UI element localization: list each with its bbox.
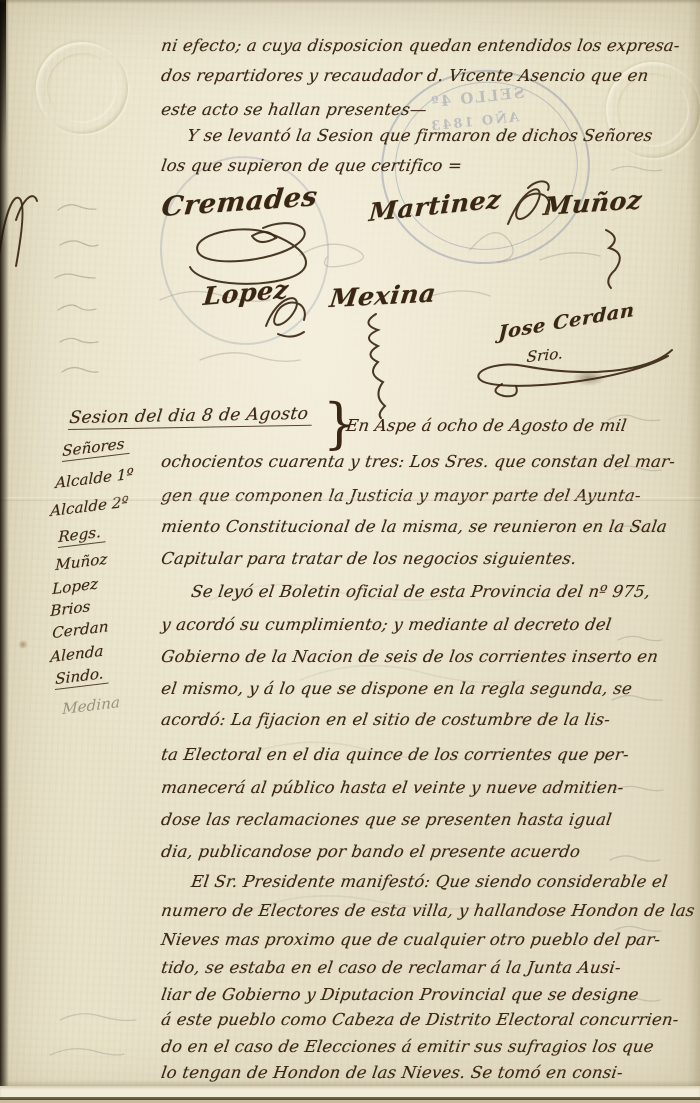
margin-name-lopez: Lopez — [52, 575, 98, 598]
body-line: manecerá al público hasta el veinte y nu… — [160, 778, 625, 797]
session-heading: Sesion del dia 8 de Agosto — [68, 404, 315, 430]
body-line: ta Electoral en el dia quince de los cor… — [160, 745, 630, 764]
body-line: En Aspe á ocho de Agosto de mil — [345, 416, 628, 435]
signature-mexina: Mexina — [328, 279, 438, 313]
embossed-seal-left — [36, 42, 128, 134]
prev-session-line: los que supieron de que certifico = — [160, 156, 463, 175]
manuscript-page: SELLO 4º AÑO 1843 ni efecto; a — [0, 0, 700, 1103]
paper-stain — [18, 640, 28, 649]
binding-edge-shadow — [0, 0, 9, 1103]
body-line: ochocientos cuarenta y tres: Los Sres. q… — [160, 452, 676, 471]
body-line: Nieves mas proximo que de cualquier otro… — [160, 930, 662, 949]
body-line: El Sr. Presidente manifestó: Que siendo … — [190, 872, 669, 891]
top-edge-shadow — [0, 0, 700, 4]
margin-name-brios: Brios — [50, 597, 90, 620]
margin-header-senores: Señores — [62, 434, 130, 462]
body-line: tido, se estaba en el caso de reclamar á… — [160, 958, 622, 977]
binding-top-shadow — [0, 0, 6, 150]
body-line: dose las reclamaciones que se presenten … — [160, 810, 613, 829]
body-line: acordó: La fijacion en el sitio de costu… — [160, 710, 611, 729]
body-line: Capitular para tratar de los negocios si… — [160, 549, 578, 568]
body-line: dia, publicandose por bando el presente … — [160, 842, 581, 861]
page-bottom-edge — [0, 1086, 700, 1097]
prev-session-line: Y se levantó la Sesion que firmaron de d… — [186, 126, 654, 145]
body-line: Gobierno de la Nacion de seis de los cor… — [160, 647, 659, 666]
prev-session-line: este acto se hallan presentes— — [160, 100, 428, 119]
margin-name-alcalde1: Alcalde 1º — [55, 465, 134, 492]
body-line: y acordó su cumplimiento; y mediante al … — [160, 615, 613, 634]
margin-name-medina: Medina — [62, 693, 120, 718]
prev-session-line: ni efecto; a cuya disposicion quedan ent… — [160, 36, 681, 55]
munoz-rubric-flourish — [596, 226, 628, 290]
body-line: Se leyó el Boletin oficial de esta Provi… — [190, 582, 652, 601]
margin-name-cerdan: Cerdan — [52, 617, 109, 642]
body-line: miento Constitucional de la misma, se re… — [160, 517, 668, 536]
mexina-rubric-flourish — [352, 312, 390, 420]
body-line: numero de Electores de esta villa, y hal… — [160, 901, 696, 920]
body-line: el mismo, y á lo que se dispone en la re… — [160, 679, 633, 698]
margin-name-alenda: Alenda — [50, 642, 104, 666]
horizontal-crease — [0, 497, 700, 501]
prev-session-line: dos repartidores y recaudador d. Vicente… — [160, 66, 650, 85]
margin-name-regidores: Regs. — [58, 522, 106, 548]
margin-name-munoz: Muñoz — [55, 550, 107, 574]
lopez-rubric-flourish — [258, 286, 316, 344]
right-edge-shadow — [688, 0, 700, 1103]
margin-name-sindico: Sindo. — [55, 664, 109, 690]
signature-munoz: Muñoz — [542, 185, 643, 221]
signature-secretary-name: Jose Cerdan — [498, 299, 635, 344]
body-line: á este pueblo como Cabeza de Distrito El… — [160, 1010, 680, 1029]
body-line: liar de Gobierno y Diputacion Provincial… — [160, 985, 640, 1004]
body-line: do en el caso de Elecciones á emitir sus… — [160, 1037, 655, 1056]
secretary-rubric-flourish — [462, 340, 676, 398]
body-line: gen que componen la Justicia y mayor par… — [160, 486, 642, 505]
